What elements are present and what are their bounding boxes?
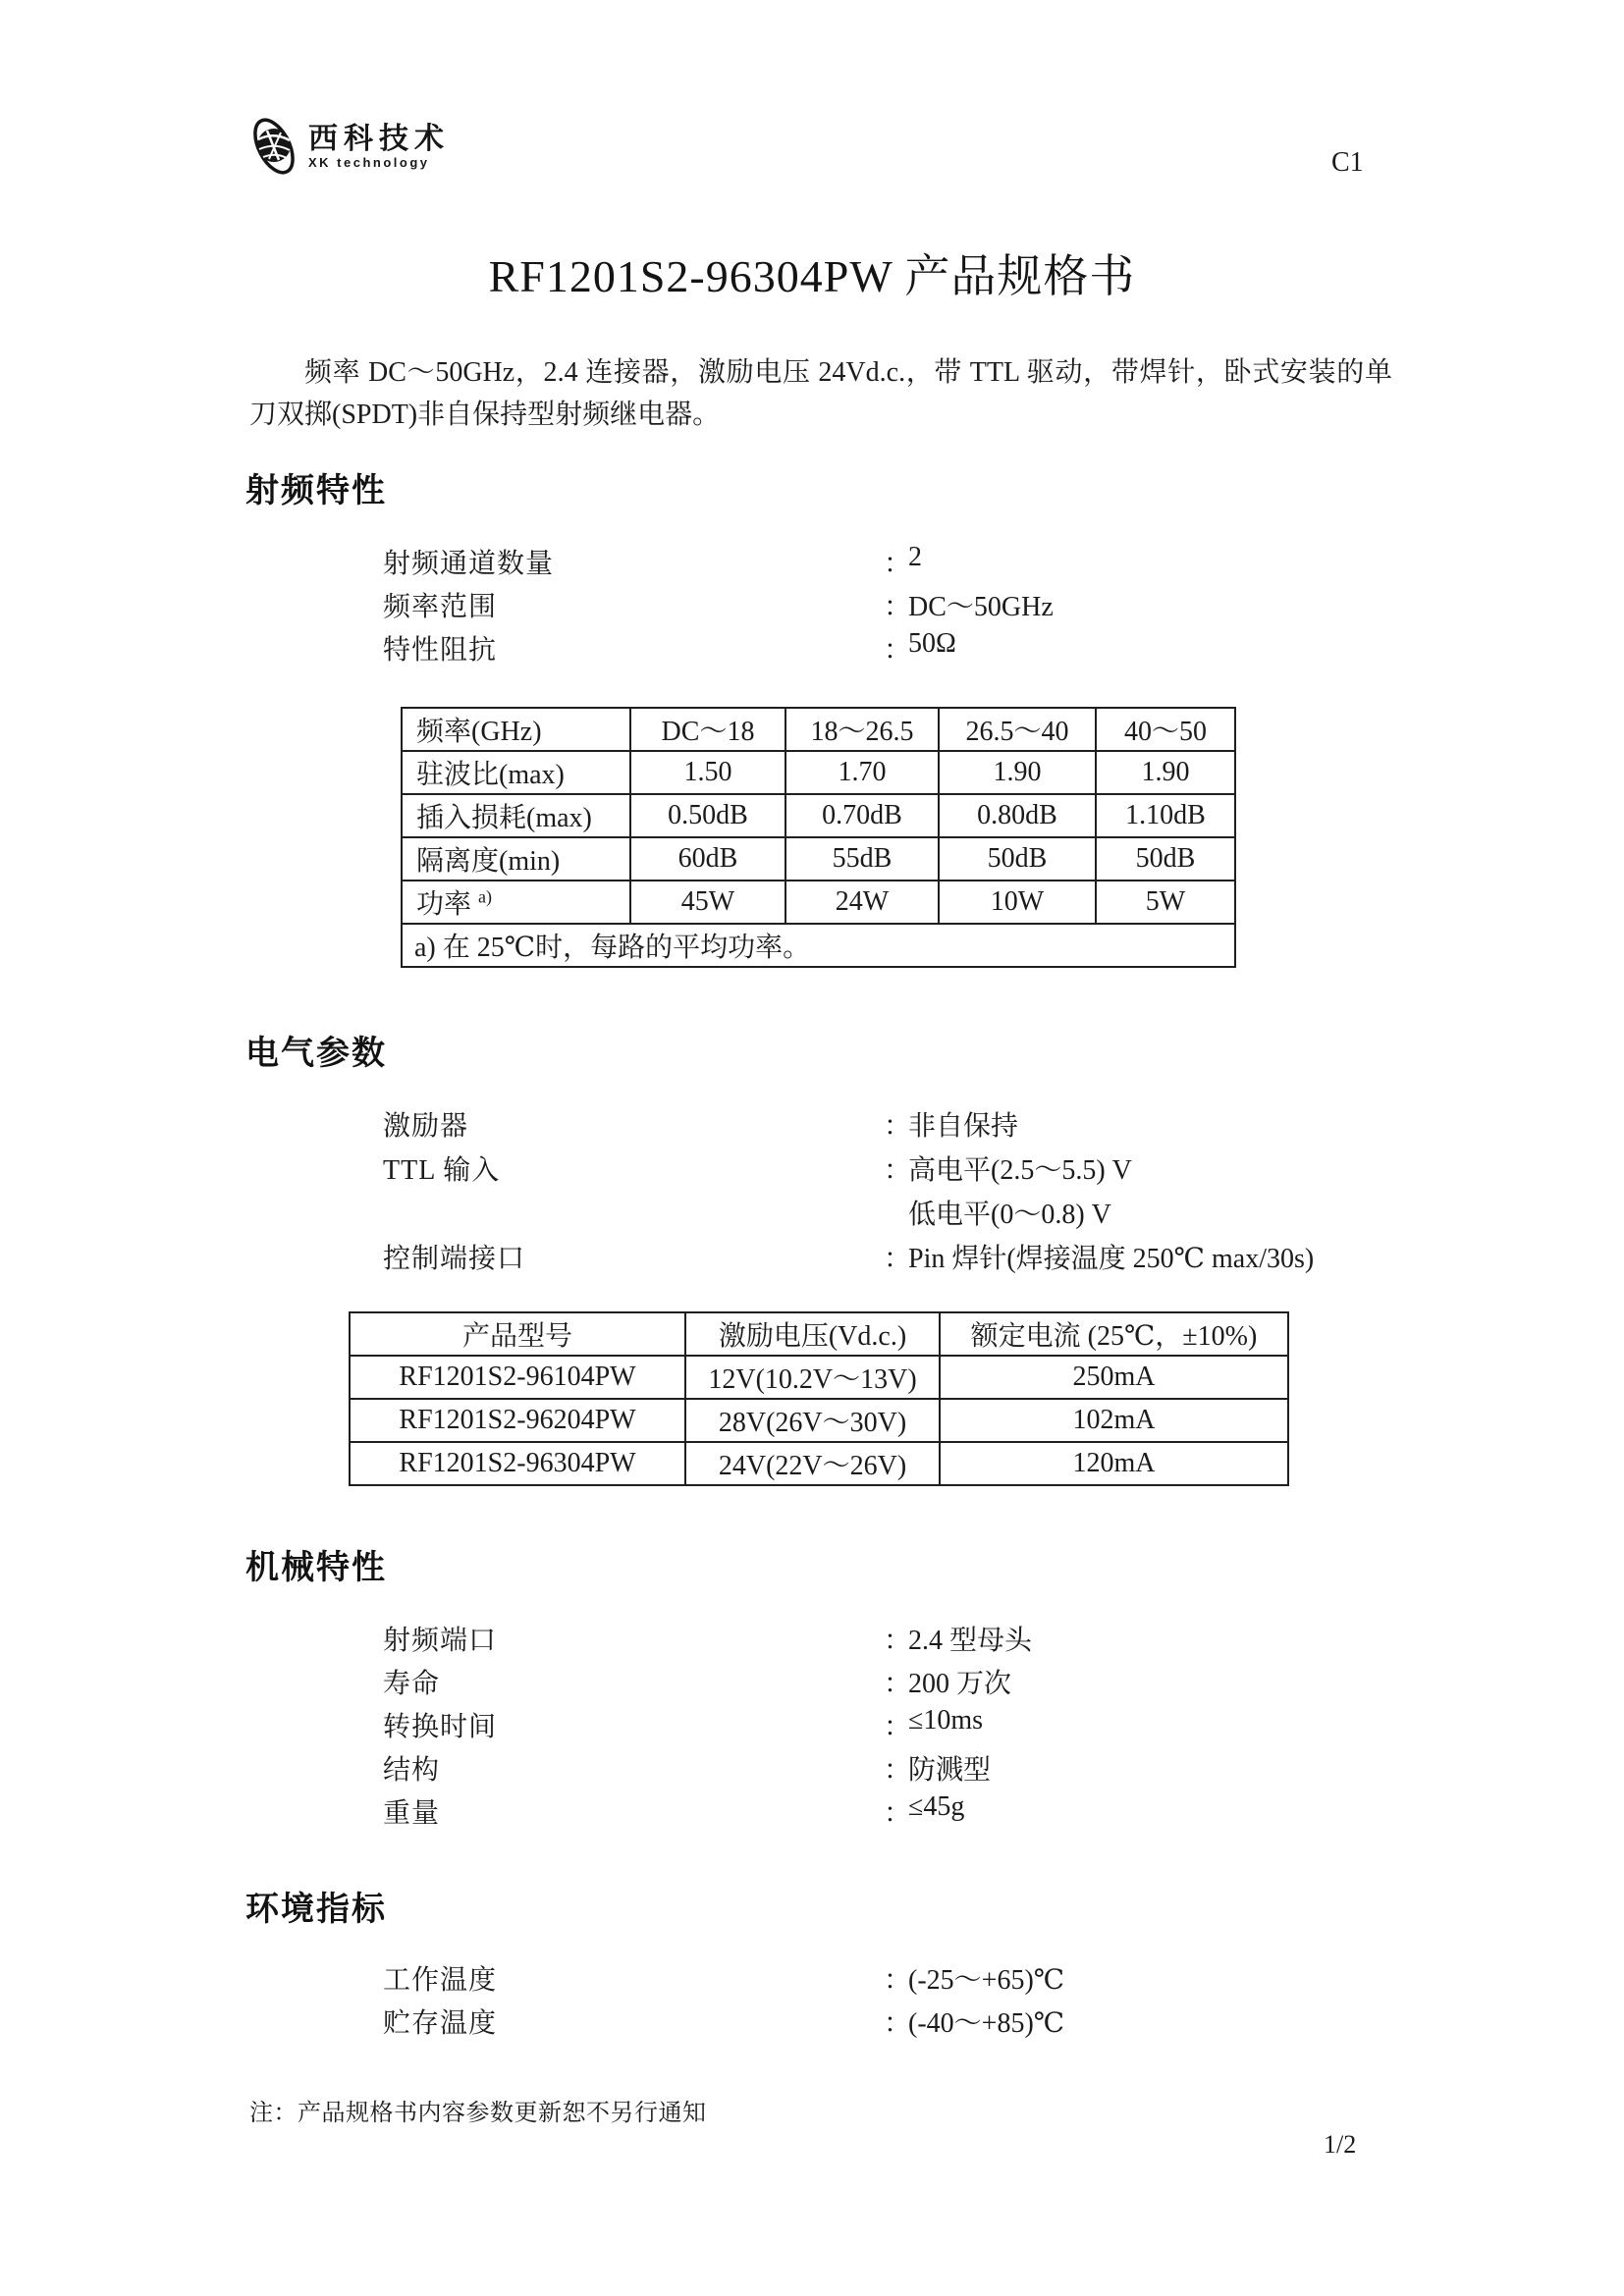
spec-label: 工作温度 <box>383 1958 497 1998</box>
table-cell: 频率(GHz) <box>402 708 630 751</box>
spec-row: 射频通道数量：2 <box>383 542 1375 585</box>
spec-colon: ： <box>884 2002 911 2041</box>
table-cell: RF1201S2-96104PW <box>350 1356 685 1399</box>
table-cell: 60dB <box>630 837 785 881</box>
table-cell: 0.70dB <box>785 794 939 837</box>
logo-company-name: 西科技术 <box>308 125 450 154</box>
logo-text: 西科技术 XK technology <box>308 125 450 170</box>
table-cell: 1.50 <box>630 751 785 794</box>
spec-colon: ： <box>884 628 911 667</box>
spec-colon: ： <box>884 1748 911 1788</box>
table-cell: 1.10dB <box>1096 794 1235 837</box>
spec-label: 激励器 <box>383 1104 468 1144</box>
globe-logo-icon <box>245 112 302 182</box>
page-number: 1/2 <box>1324 2130 1356 2160</box>
spec-row: 重量：≤45g <box>383 1791 1375 1835</box>
table-cell: 55dB <box>785 837 939 881</box>
table-cell: 10W <box>939 881 1096 924</box>
table-cell: RF1201S2-96304PW <box>350 1442 685 1485</box>
spec-value: ≤10ms <box>908 1705 983 1736</box>
table-row: 功率 a)45W24W10W5W <box>402 881 1235 924</box>
table-cell: 28V(26V～30V) <box>685 1399 940 1442</box>
table-row: RF1201S2-96204PW28V(26V～30V)102mA <box>350 1399 1288 1442</box>
mechanical-spec-list: 射频端口：2.4 型母头寿命：200 万次转换时间：≤10ms结构：防溅型重量：… <box>383 1619 1375 1835</box>
spec-row: 射频端口：2.4 型母头 <box>383 1619 1375 1662</box>
spec-value: 200 万次 <box>908 1662 1011 1701</box>
environment-spec-list: 工作温度：(-25～+65)℃贮存温度：(-40～+85)℃ <box>383 1958 1375 2045</box>
spec-label: 转换时间 <box>383 1705 497 1744</box>
table-cell: 26.5～40 <box>939 708 1096 751</box>
table-cell: 50dB <box>1096 837 1235 881</box>
table-cell: 0.80dB <box>939 794 1096 837</box>
spec-colon: ： <box>884 585 911 624</box>
table-cell: 50dB <box>939 837 1096 881</box>
table-row: 驻波比(max)1.501.701.901.90 <box>402 751 1235 794</box>
spec-label: 控制端接口 <box>383 1237 525 1276</box>
table-cell: 40～50 <box>1096 708 1235 751</box>
section-heading-electrical: 电气参数 <box>245 1035 387 1074</box>
spec-value: 50Ω <box>908 628 956 660</box>
spec-colon: ： <box>884 1705 911 1744</box>
table-cell: 插入损耗(max) <box>402 794 630 837</box>
table-row: RF1201S2-96304PW24V(22V～26V)120mA <box>350 1442 1288 1485</box>
table-cell: 1.90 <box>939 751 1096 794</box>
spec-colon: ： <box>884 1958 911 1998</box>
table-cell: 102mA <box>940 1399 1288 1442</box>
table-cell: 1.70 <box>785 751 939 794</box>
spec-label: 射频通道数量 <box>383 542 554 581</box>
spec-row: 结构：防溅型 <box>383 1748 1375 1791</box>
table-row: RF1201S2-96104PW12V(10.2V～13V)250mA <box>350 1356 1288 1399</box>
table-cell: 45W <box>630 881 785 924</box>
table-cell: 120mA <box>940 1442 1288 1485</box>
spec-value: Pin 焊针(焊接温度 250℃ max/30s) <box>908 1237 1314 1276</box>
table-cell: 1.90 <box>1096 751 1235 794</box>
spec-row: 激励器：非自保持 <box>383 1104 1375 1148</box>
table-cell: a) 在 25℃时，每路的平均功率。 <box>402 924 1235 967</box>
table-cell: 激励电压(Vd.c.) <box>685 1312 940 1356</box>
spec-label: 贮存温度 <box>383 2002 497 2041</box>
spec-row: 转换时间：≤10ms <box>383 1705 1375 1748</box>
spec-colon: ： <box>884 1791 911 1831</box>
table-row: 隔离度(min)60dB55dB50dB50dB <box>402 837 1235 881</box>
spec-label: TTL 输入 <box>383 1148 500 1188</box>
table-cell: 12V(10.2V～13V) <box>685 1356 940 1399</box>
spec-value: 2.4 型母头 <box>908 1619 1032 1658</box>
spec-value: ≤45g <box>908 1791 964 1823</box>
spec-sheet-page: 西科技术 XK technology C1 RF1201S2-96304PW 产… <box>0 0 1624 2296</box>
spec-label: 特性阻抗 <box>383 628 497 667</box>
page-title: RF1201S2-96304PW 产品规格书 <box>0 240 1624 305</box>
spec-value: 非自保持 <box>908 1104 1018 1144</box>
spec-label: 结构 <box>383 1748 440 1788</box>
rf-parameters-table: 频率(GHz)DC～1818～26.526.5～4040～50驻波比(max)1… <box>401 707 1236 968</box>
table-cell: 驻波比(max) <box>402 751 630 794</box>
table-cell: 功率 a) <box>402 881 630 924</box>
spec-label: 频率范围 <box>383 585 497 624</box>
spec-row: 频率范围：DC～50GHz <box>383 585 1375 628</box>
spec-table: 产品型号激励电压(Vd.c.)额定电流 (25℃，±10%)RF1201S2-9… <box>349 1311 1289 1486</box>
table-cell: 18～26.5 <box>785 708 939 751</box>
spec-colon: ： <box>884 1619 911 1658</box>
table-cell: 额定电流 (25℃，±10%) <box>940 1312 1288 1356</box>
spec-row: 贮存温度：(-40～+85)℃ <box>383 2002 1375 2045</box>
spec-label: 重量 <box>383 1791 440 1831</box>
electrical-spec-list: 激励器：非自保持TTL 输入：高电平(2.5～5.5) V低电平(0～0.8) … <box>383 1104 1375 1281</box>
company-logo: 西科技术 XK technology <box>245 112 450 182</box>
spec-row: TTL 输入：高电平(2.5～5.5) V <box>383 1148 1375 1193</box>
table-cell: 隔离度(min) <box>402 837 630 881</box>
spec-row: 控制端接口：Pin 焊针(焊接温度 250℃ max/30s) <box>383 1237 1375 1281</box>
logo-company-name-en: XK technology <box>308 155 430 170</box>
doc-code: C1 <box>1331 147 1364 179</box>
spec-label: 寿命 <box>383 1662 440 1701</box>
table-row: 插入损耗(max)0.50dB0.70dB0.80dB1.10dB <box>402 794 1235 837</box>
spec-label: 射频端口 <box>383 1619 497 1658</box>
spec-value: 低电平(0～0.8) V <box>908 1193 1111 1232</box>
spec-value: (-40～+85)℃ <box>908 2002 1064 2041</box>
spec-value: 2 <box>908 542 922 573</box>
spec-colon: ： <box>884 1148 911 1188</box>
table-cell: 产品型号 <box>350 1312 685 1356</box>
rf-spec-list: 射频通道数量：2频率范围：DC～50GHz特性阻抗：50Ω <box>383 542 1375 671</box>
footer-note: 注：产品规格书内容参数更新恕不另行通知 <box>249 2093 707 2127</box>
table-header-row: 产品型号激励电压(Vd.c.)额定电流 (25℃，±10%) <box>350 1312 1288 1356</box>
spec-colon: ： <box>884 1104 911 1144</box>
table-cell: RF1201S2-96204PW <box>350 1399 685 1442</box>
spec-value: 防溅型 <box>908 1748 991 1788</box>
table-cell: 0.50dB <box>630 794 785 837</box>
section-heading-environment: 环境指标 <box>245 1891 387 1930</box>
table-footnote-row: a) 在 25℃时，每路的平均功率。 <box>402 924 1235 967</box>
spec-colon: ： <box>884 1662 911 1701</box>
intro-paragraph: 频率 DC～50GHz，2.4 连接器，激励电压 24Vd.c.，带 TTL 驱… <box>249 351 1392 436</box>
spec-row: 寿命：200 万次 <box>383 1662 1375 1705</box>
spec-colon: ： <box>884 1237 911 1276</box>
spec-row: 低电平(0～0.8) V <box>383 1193 1375 1237</box>
spec-row: 特性阻抗：50Ω <box>383 628 1375 671</box>
table-cell: 24V(22V～26V) <box>685 1442 940 1485</box>
electrical-models-table: 产品型号激励电压(Vd.c.)额定电流 (25℃，±10%)RF1201S2-9… <box>349 1311 1289 1486</box>
spec-table: 频率(GHz)DC～1818～26.526.5～4040～50驻波比(max)1… <box>401 707 1236 968</box>
spec-value: DC～50GHz <box>908 585 1054 624</box>
table-cell: DC～18 <box>630 708 785 751</box>
table-cell: 24W <box>785 881 939 924</box>
spec-value: 高电平(2.5～5.5) V <box>908 1148 1132 1188</box>
table-header-row: 频率(GHz)DC～1818～26.526.5～4040～50 <box>402 708 1235 751</box>
spec-row: 工作温度：(-25～+65)℃ <box>383 1958 1375 2002</box>
spec-colon: ： <box>884 542 911 581</box>
section-heading-rf: 射频特性 <box>245 472 387 511</box>
section-heading-mechanical: 机械特性 <box>245 1549 387 1588</box>
spec-value: (-25～+65)℃ <box>908 1958 1064 1998</box>
table-cell: 250mA <box>940 1356 1288 1399</box>
table-cell: 5W <box>1096 881 1235 924</box>
